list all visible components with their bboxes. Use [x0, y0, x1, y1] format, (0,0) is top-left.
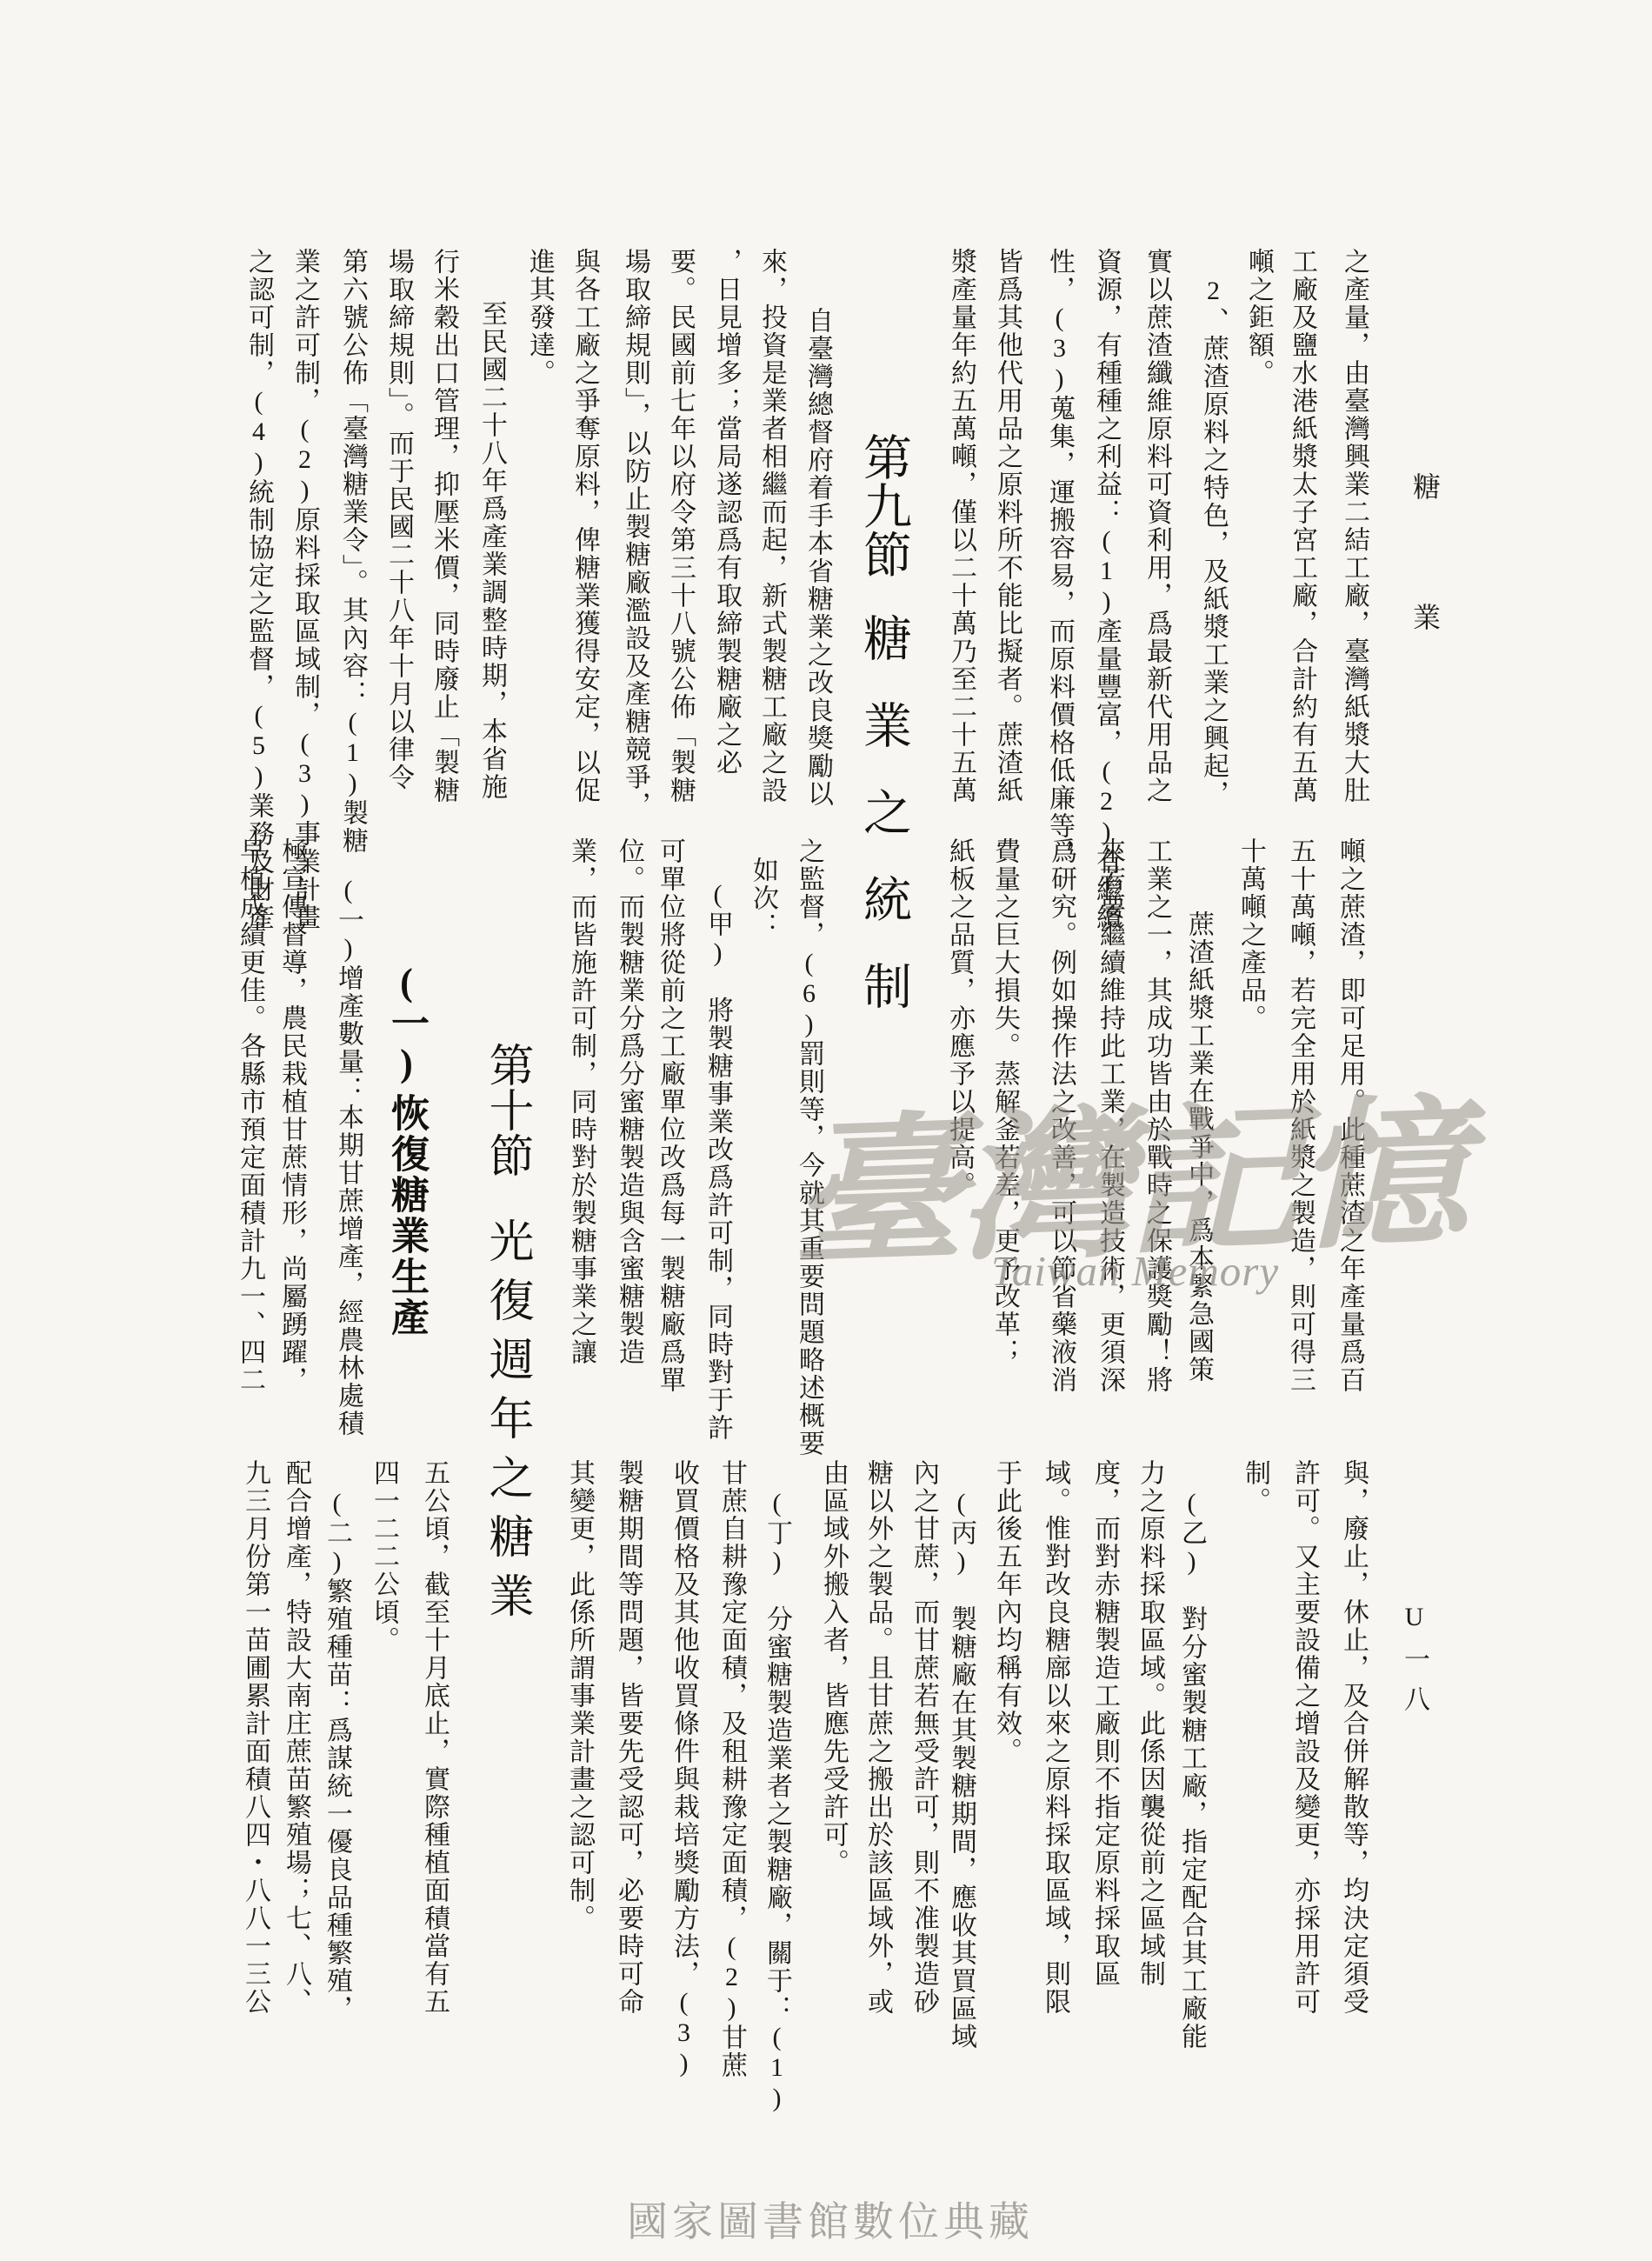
text-column: 進其發達。 [524, 248, 554, 387]
text-column: 許可。又主要設備之增設及變更，亦採用許可 [1289, 1459, 1319, 2016]
text-column: 2、蔗渣原料之特色，及紙漿工業之興起， [1198, 277, 1228, 808]
text-column: ，日見增多；當局遂認爲有取締製糖廠之必 [711, 248, 741, 777]
text-column: 漿產量年約五萬噸，僅以二十萬乃至二十五萬 [946, 248, 976, 804]
text-column: 早植成績更佳。各縣市預定面積計九一、四二 [235, 837, 264, 1394]
text-column: 皆爲其他代用品之原料所不能比擬者。蔗渣紙 [992, 248, 1022, 804]
text-column: 要。民國前七年以府令第三十八號公佈「製糖 [665, 248, 695, 804]
text-column: (二)繁殖種苗：爲謀統一優良品種繁殖， [322, 1489, 351, 2023]
text-column: 四一二二公頃。 [369, 1459, 398, 1654]
section-9-header: 第九節糖業之統制 [858, 432, 909, 1048]
scanned-document-page: 糖業 第九節糖業之統制 第十節光復週年之糖業 (一)恢復糖業生產 之產量，由臺灣… [0, 0, 1652, 2261]
text-column: (乙) 對分蜜製糖工廠，指定配合其工廠能 [1176, 1489, 1206, 2051]
section-9-number: 第九節 [856, 432, 910, 578]
text-column: 噸之鉅額。 [1243, 248, 1273, 387]
text-column: 由區域外搬入者，皆應先受許可。 [818, 1459, 848, 1877]
text-column: 極宣傳督導，農民栽植甘蔗情形，尚屬踴躍， [276, 837, 306, 1394]
text-column: 與，廢止，休止，及合併解散等，均決定須受 [1338, 1459, 1368, 2016]
section-9-title: 糖業之統制 [856, 578, 910, 1048]
text-column: 力之原料採取區域。此係因襲從前之區域制 [1135, 1459, 1164, 1988]
text-column: (一)增產數量：本期甘蔗增產，經農林處積 [333, 876, 363, 1437]
text-column: 行米穀出口管理，抑壓米價，同時廢止「製糖 [429, 248, 458, 804]
text-column: 來，投資是業者相繼而起，新式製糖工廠之設 [756, 248, 786, 804]
section-10-header: 第十節光復週年之糖業 [482, 1042, 530, 1631]
text-column: 工廠及鹽水港紙漿太子宮工廠，合計約有五萬 [1287, 248, 1316, 804]
footer-archive-label: 國家圖書館數位典藏 [627, 2190, 1034, 2248]
text-column: 場取締規則」，以防止製糖廠濫設及產糖競爭， [620, 248, 649, 819]
text-column: 甘蔗自耕豫定面積，及租耕豫定面積，(2)甘蔗 [716, 1459, 746, 2079]
text-column: 收買價格及其他收買條件與栽培獎勵方法，(3) [669, 1459, 698, 2079]
text-column: 五公頃，截至十月底止，實際種植面積當有五 [419, 1459, 449, 2016]
text-column: (甲) 將製糖事業改爲許可制，同時對于許 [703, 880, 732, 1442]
text-column: 資源，有種種之利益：(1)產量豐富，(2)有繼續 [1091, 248, 1121, 931]
text-column: 之認可制，(4)統制協定之監督，(5)業務及財產 [243, 248, 273, 931]
subsection-1-title: 恢復糖業生產 [385, 1084, 428, 1338]
text-column: 如次： [748, 857, 777, 940]
subsection-1-header: (一)恢復糖業生產 [385, 961, 427, 1338]
text-column: 域。惟對改良糖廍以來之原料採取區域，則限 [1040, 1459, 1069, 2016]
watermark-latin-text: Taiwan Memory [991, 1246, 1279, 1296]
text-column: 九三月份第一苗圃累計面積八四・八八一三公 [240, 1459, 270, 2016]
subsection-1-number: (一) [385, 961, 428, 1084]
text-column: (丙) 製糖廠在其製糖期間，應收其買區域 [946, 1489, 976, 2051]
text-column: 配合增產，特設大南庄蔗苗繁殖場；七、八、 [281, 1459, 310, 2016]
text-column: 度，而對赤糖製造工廠則不指定原料採取區 [1089, 1459, 1119, 1988]
text-column: 其變更，此係所謂事業計畫之認可制。 [564, 1459, 594, 1932]
text-column: 第六號公佈「臺灣糖業令」。其內容：(1)製糖 [337, 248, 367, 855]
page-number: U一八 [1395, 1603, 1433, 1725]
text-column: 可單位將從前之工廠單位改爲每一製糖廠爲單 [655, 837, 684, 1394]
text-column: 業，而皆施許可制，同時對於製糖事業之讓 [566, 837, 596, 1366]
text-column: 製糖期間等問題，皆要先受認可，必要時可命 [613, 1459, 643, 2016]
running-head: 糖業 [1405, 472, 1445, 733]
text-column: 性，(3)蒐集，運搬容易，而原料價格低廉等， [1044, 248, 1074, 868]
text-column: 至民國二十八年爲產業調整時期，本省施 [476, 300, 506, 801]
text-column: 制。 [1240, 1459, 1269, 1515]
text-column: 十萬噸之產品。 [1236, 837, 1265, 1032]
text-column: (丁) 分蜜糖製造業者之製糖廠，關于：(1) [762, 1489, 791, 2114]
text-column: 糖以外之製品。且甘蔗之搬出於該區域外，或 [863, 1459, 892, 2016]
text-column: 之產量，由臺灣興業二結工廠，臺灣紙漿大肚 [1339, 248, 1369, 804]
text-column: 與各工廠之爭奪原料，俾糖業獲得安定，以促 [570, 248, 599, 804]
text-column: 場取締規則」。而于民國二十八年十月以律令 [383, 248, 413, 791]
text-column: 業之許可制，(2)原料採取區域制，(3)事業計畫 [290, 248, 319, 931]
text-column: 內之甘蔗，而甘蔗若無受許可，則不准製造砂 [909, 1459, 938, 2016]
section-10-title: 光復週年之糖業 [482, 1177, 531, 1631]
text-column: 于此後五年內均稱有效。 [991, 1459, 1021, 1765]
section-10-number: 第十節 [482, 1042, 531, 1177]
text-column: 實以蔗渣纖維原料可資利用，爲最新代用品之 [1142, 248, 1171, 804]
text-column: 位。而製糖業分爲分蜜糖製造與含蜜糖製造 [614, 837, 643, 1366]
text-column: 自臺灣總督府着手本省糖業之改良獎勵以 [803, 307, 832, 808]
